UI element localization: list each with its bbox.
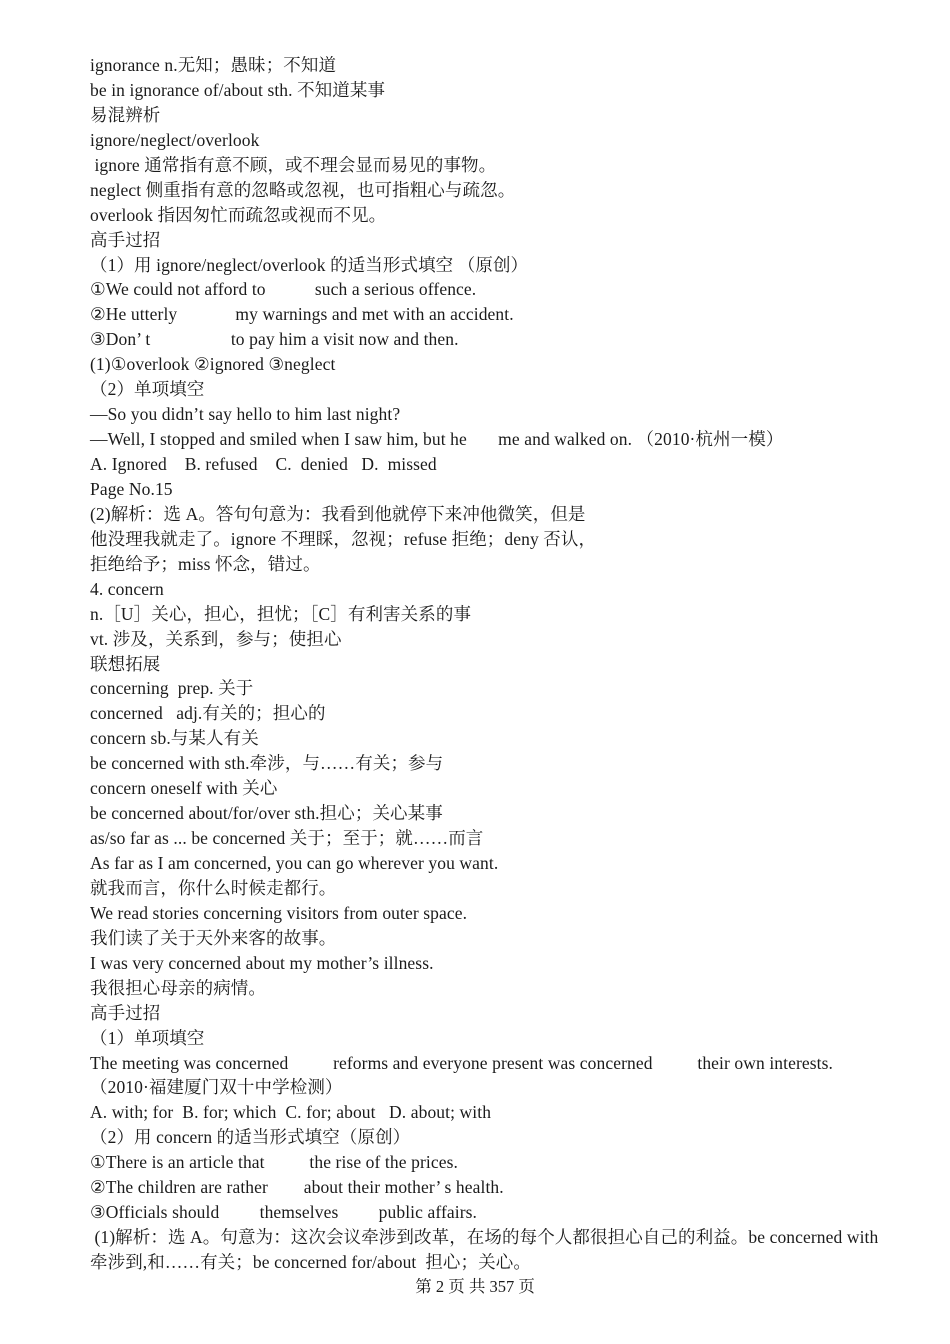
text-line: A. Ignored B. refused C. denied D. misse… (90, 452, 920, 477)
text-line: —Well, I stopped and smiled when I saw h… (90, 427, 920, 452)
text-line: A. with; for B. for; which C. for; about… (90, 1100, 920, 1125)
text-line: The meeting was concerned reforms and ev… (90, 1051, 920, 1076)
text-line: I was very concerned about my mother’s i… (90, 951, 920, 976)
text-line: concerned adj.有关的；担心的 (90, 701, 920, 726)
text-line: concerning prep. 关于 (90, 676, 920, 701)
text-line: (1)①overlook ②ignored ③neglect (90, 352, 920, 377)
text-line: vt. 涉及，关系到，参与；使担心 (90, 627, 920, 652)
text-line: 拒绝给予；miss 怀念，错过。 (90, 552, 920, 577)
text-line: be concerned about/for/over sth.担心；关心某事 (90, 801, 920, 826)
text-line: 他没理我就走了。ignore 不理睬，忽视；refuse 拒绝；deny 否认， (90, 527, 920, 552)
text-line: 就我而言，你什么时候走都行。 (90, 876, 920, 901)
text-line: 4. concern (90, 577, 920, 602)
text-line: 高手过招 (90, 228, 920, 253)
text-line: neglect 侧重指有意的忽略或忽视，也可指粗心与疏忽。 (90, 178, 920, 203)
text-line: 我很担心母亲的病情。 (90, 976, 920, 1001)
text-line: We read stories concerning visitors from… (90, 901, 920, 926)
text-line: ③Don’ t to pay him a visit now and then. (90, 327, 920, 352)
text-line: concern sb.与某人有关 (90, 726, 920, 751)
text-line: be concerned with sth.牵涉，与……有关；参与 (90, 751, 920, 776)
text-line: (1)解析：选 A。句意为：这次会议牵涉到改革，在场的每个人都很担心自己的利益。… (90, 1225, 920, 1250)
text-line: ②He utterly my warnings and met with an … (90, 302, 920, 327)
text-line: 我们读了关于天外来客的故事。 (90, 926, 920, 951)
text-line: ignore 通常指有意不顾，或不理会显而易见的事物。 (90, 153, 920, 178)
text-line: ignore/neglect/overlook (90, 128, 920, 153)
text-line: 易混辨析 (90, 103, 920, 128)
page-footer: 第 2 页 共 357 页 (0, 1276, 950, 1298)
text-line: （1）用 ignore/neglect/overlook 的适当形式填空 （原创… (90, 253, 920, 278)
text-line: concern oneself with 关心 (90, 776, 920, 801)
text-line: ①We could not afford to such a serious o… (90, 277, 920, 302)
text-line: —So you didn’t say hello to him last nig… (90, 402, 920, 427)
text-line: （2）用 concern 的适当形式填空（原创） (90, 1125, 920, 1150)
text-line: ③Officials should themselves public affa… (90, 1200, 920, 1225)
text-line: n.［U］关心，担心，担忧；［C］有利害关系的事 (90, 602, 920, 627)
document-page: ignorance n.无知；愚昧；不知道be in ignorance of/… (0, 0, 950, 1344)
text-line: （2010·福建厦门双十中学检测） (90, 1075, 920, 1100)
text-line: As far as I am concerned, you can go whe… (90, 851, 920, 876)
text-line: 牵涉到,和……有关；be concerned for/about 担心；关心。 (90, 1250, 920, 1275)
text-line: ②The children are rather about their mot… (90, 1175, 920, 1200)
text-line: overlook 指因匆忙而疏忽或视而不见。 (90, 203, 920, 228)
document-body: ignorance n.无知；愚昧；不知道be in ignorance of/… (90, 53, 920, 1275)
text-line: 联想拓展 (90, 652, 920, 677)
text-line: （1）单项填空 (90, 1026, 920, 1051)
text-line: Page No.15 (90, 477, 920, 502)
text-line: （2）单项填空 (90, 377, 920, 402)
text-line: 高手过招 (90, 1001, 920, 1026)
text-line: (2)解析：选 A。答句句意为：我看到他就停下来冲他微笑，但是 (90, 502, 920, 527)
text-line: ①There is an article that the rise of th… (90, 1150, 920, 1175)
text-line: be in ignorance of/about sth. 不知道某事 (90, 78, 920, 103)
text-line: as/so far as ... be concerned 关于；至于；就……而… (90, 826, 920, 851)
text-line: ignorance n.无知；愚昧；不知道 (90, 53, 920, 78)
